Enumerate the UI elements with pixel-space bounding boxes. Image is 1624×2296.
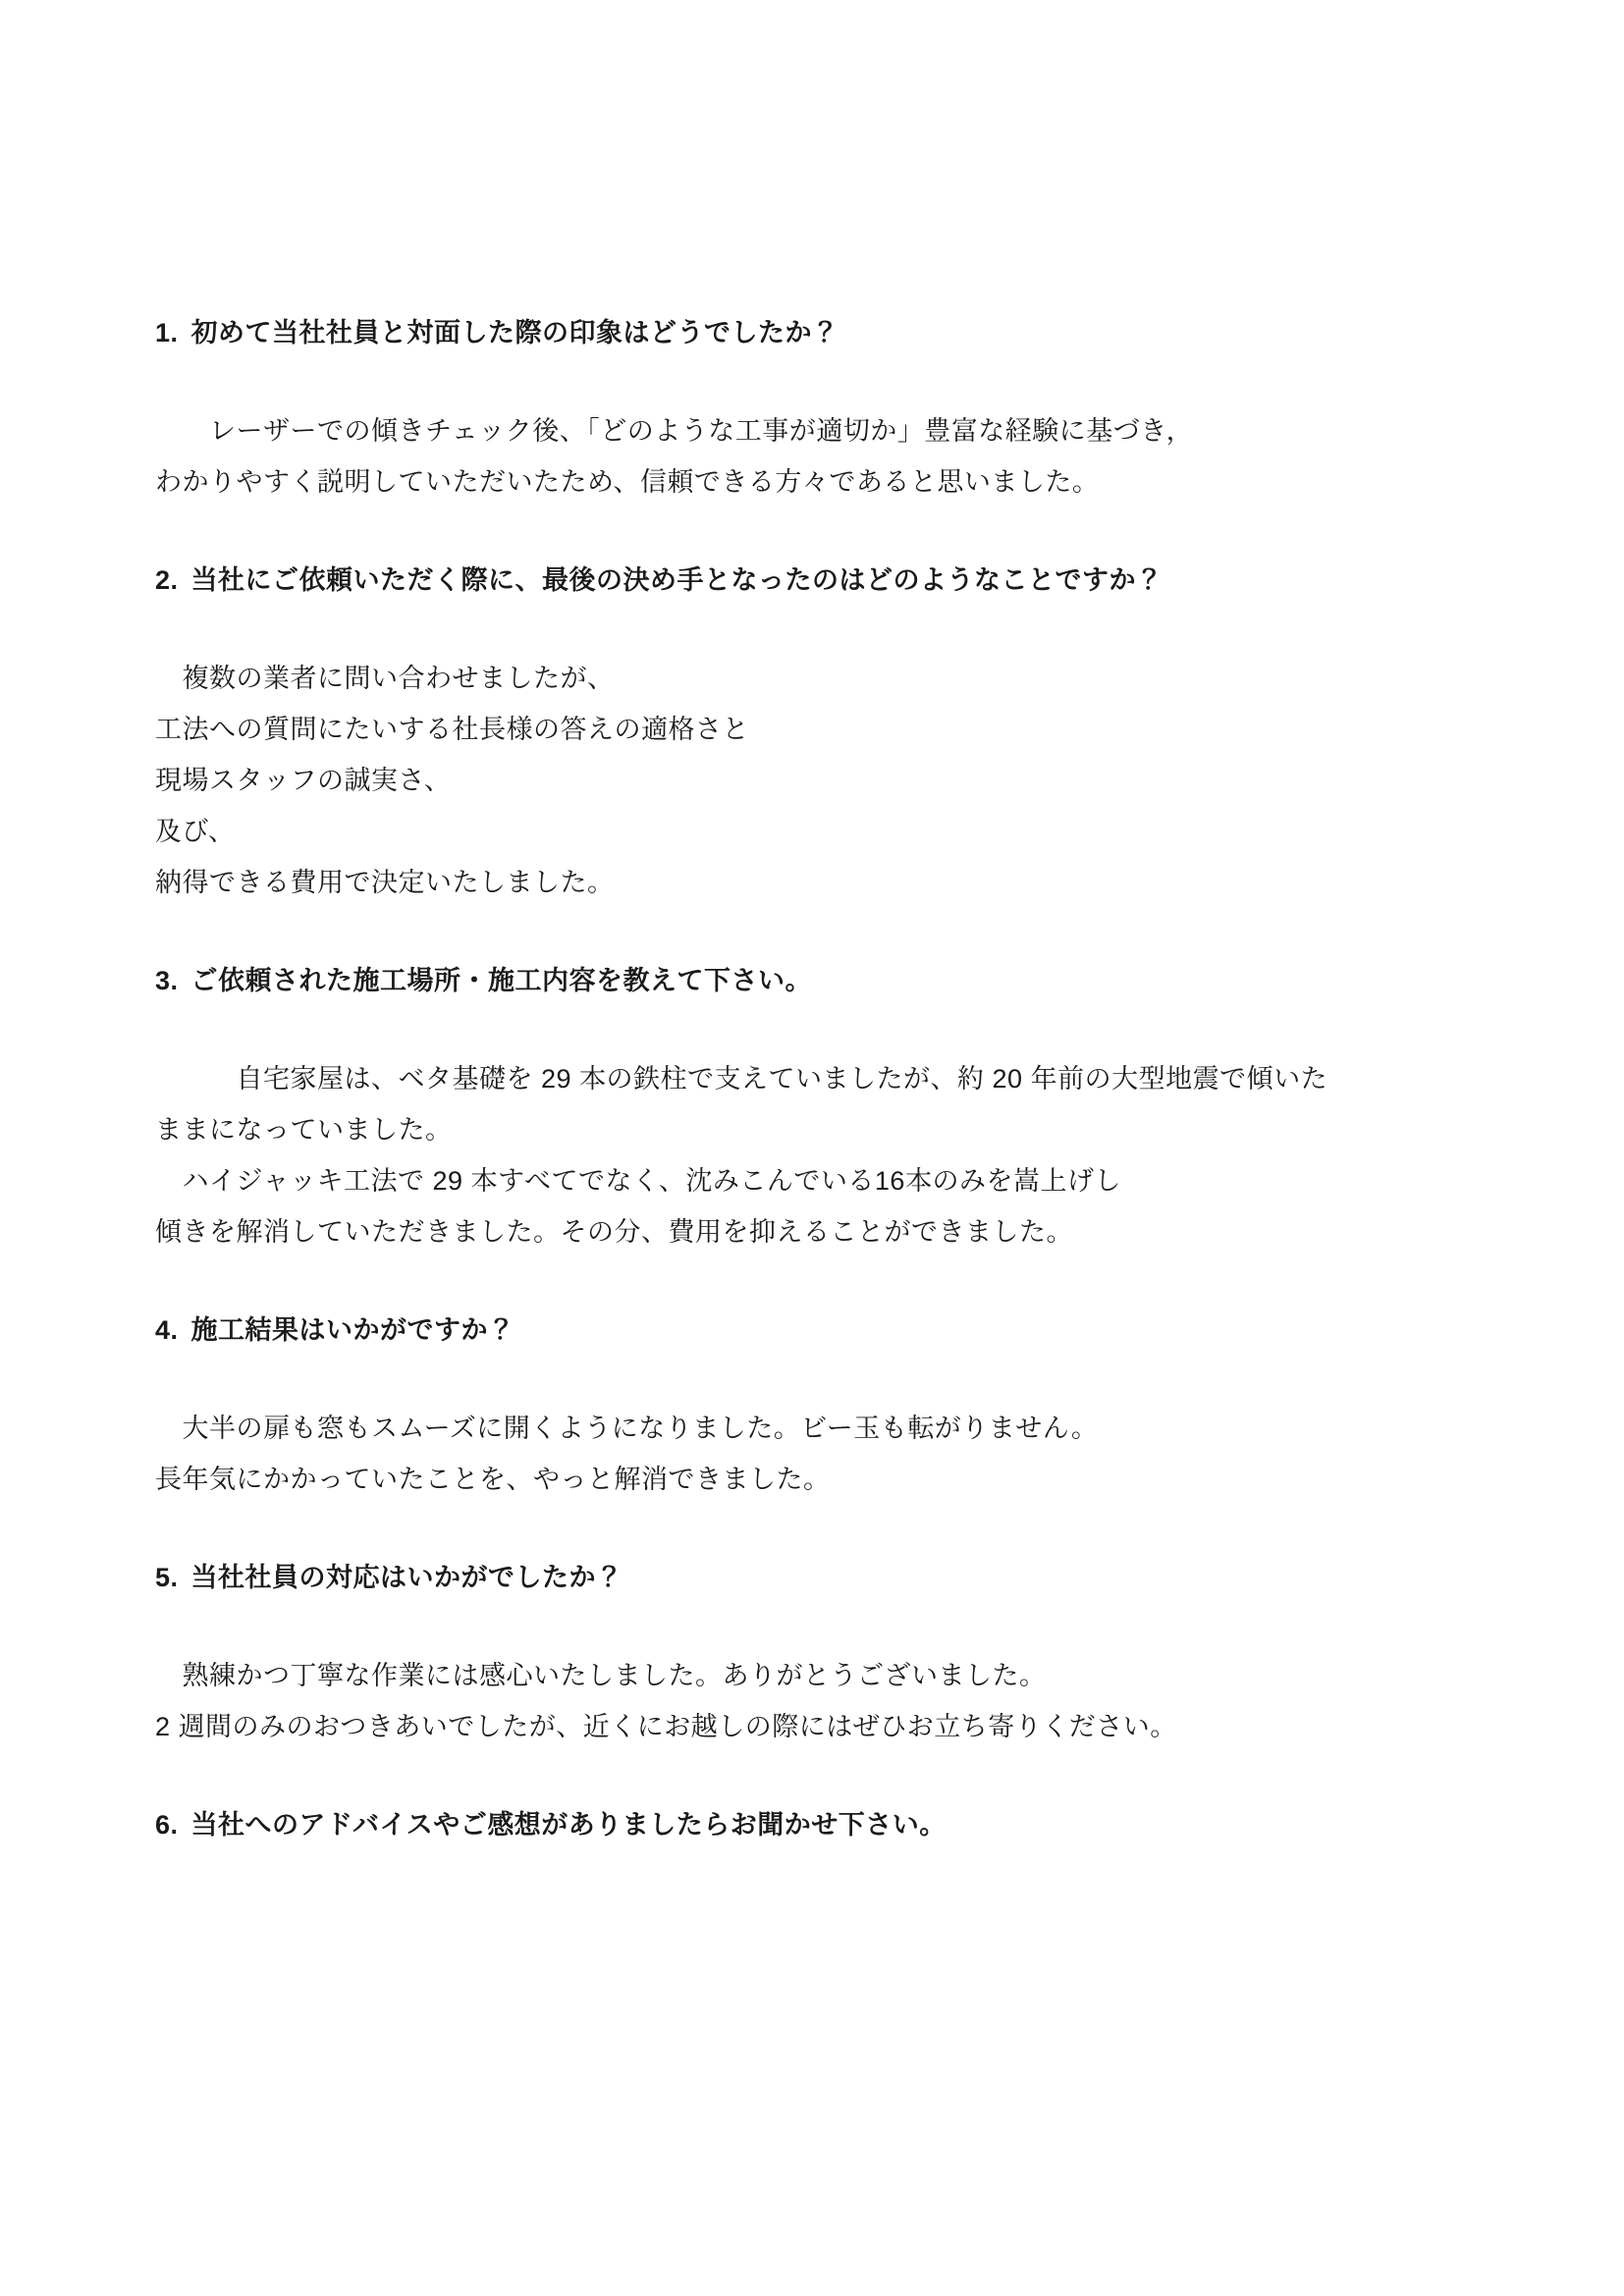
- answer-line: 長年気にかかっていたことを、やっと解消できました。: [155, 1454, 1477, 1505]
- survey-document-page: 1.初めて当社社員と対面した際の印象はどうでしたか？ レーザーでの傾きチェック後…: [0, 0, 1624, 2296]
- answer-line: 2 週間のみのおつきあいでしたが、近くにお越しの際にはぜひお立ち寄りください。: [155, 1701, 1477, 1752]
- answer: 自宅家屋は、ベタ基礎を 29 本の鉄柱で支えていましたが、約 20 年前の大型地…: [155, 1053, 1477, 1257]
- question-number: 6.: [155, 1799, 179, 1850]
- question-text: 当社社員の対応はいかがでしたか？: [191, 1563, 623, 1592]
- answer: レーザーでの傾きチェック後、「どのような工事が適切か」豊富な経験に基づき，わかり…: [155, 405, 1477, 507]
- question-heading: 6.当社へのアドバイスやご感想がありましたらお聞かせ下さい。: [155, 1799, 1477, 1850]
- qa-item: 1.初めて当社社員と対面した際の印象はどうでしたか？ レーザーでの傾きチェック後…: [155, 307, 1477, 507]
- question-heading: 4.施工結果はいかがですか？: [155, 1305, 1477, 1356]
- qa-item: 3.ご依頼された施工場所・施工内容を教えて下さい。 自宅家屋は、ベタ基礎を 29…: [155, 955, 1477, 1257]
- answer-line: 傾きを解消していただきました。その分、費用を抑えることができました。: [155, 1206, 1477, 1257]
- answer-line: レーザーでの傾きチェック後、「どのような工事が適切か」豊富な経験に基づき，: [155, 405, 1477, 456]
- answer-line: ハイジャッキ工法で 29 本すべてでなく、沈みこんでいる16本のみを嵩上げし: [155, 1155, 1477, 1206]
- answer: 大半の扉も窓もスムーズに開くようになりました。ビー玉も転がりません。長年気にかか…: [155, 1403, 1477, 1505]
- qa-item: 4.施工結果はいかがですか？ 大半の扉も窓もスムーズに開くようになりました。ビー…: [155, 1305, 1477, 1505]
- answer-line: 現場スタッフの誠実さ、: [155, 755, 1477, 806]
- answer-line: ままになっていました。: [155, 1104, 1477, 1155]
- answer-line: 及び、: [155, 806, 1477, 857]
- question-heading: 3.ご依頼された施工場所・施工内容を教えて下さい。: [155, 955, 1477, 1006]
- question-number: 2.: [155, 555, 179, 606]
- question-number: 3.: [155, 955, 179, 1006]
- qa-item: 2.当社にご依頼いただく際に、最後の決め手となったのはどのようなことですか？ 複…: [155, 555, 1477, 908]
- answer-line: 納得できる費用で決定いたしました。: [155, 857, 1477, 908]
- question-text: 初めて当社社員と対面した際の印象はどうでしたか？: [191, 318, 839, 347]
- question-text: ご依頼された施工場所・施工内容を教えて下さい。: [191, 966, 813, 995]
- question-number: 4.: [155, 1305, 179, 1356]
- question-text: 当社にご依頼いただく際に、最後の決め手となったのはどのようなことですか？: [191, 565, 1164, 595]
- question-heading: 2.当社にご依頼いただく際に、最後の決め手となったのはどのようなことですか？: [155, 555, 1477, 606]
- answer-line: 工法への質問にたいする社長様の答えの適格さと: [155, 704, 1477, 755]
- question-number: 5.: [155, 1552, 179, 1603]
- answer-line: 複数の業者に問い合わせましたが、: [155, 653, 1477, 704]
- answer-line: 熟練かつ丁寧な作業には感心いたしました。ありがとうございました。: [155, 1650, 1477, 1701]
- answer-line: わかりやすく説明していただいたため、信頼できる方々であると思いました。: [155, 456, 1477, 507]
- question-heading: 5.当社社員の対応はいかがでしたか？: [155, 1552, 1477, 1603]
- question-heading: 1.初めて当社社員と対面した際の印象はどうでしたか？: [155, 307, 1477, 358]
- question-text: 当社へのアドバイスやご感想がありましたらお聞かせ下さい。: [191, 1810, 947, 1840]
- qa-item: 6.当社へのアドバイスやご感想がありましたらお聞かせ下さい。: [155, 1799, 1477, 1850]
- answer: 熟練かつ丁寧な作業には感心いたしました。ありがとうございました。2 週間のみのお…: [155, 1650, 1477, 1752]
- qa-item: 5.当社社員の対応はいかがでしたか？ 熟練かつ丁寧な作業には感心いたしました。あ…: [155, 1552, 1477, 1752]
- answer-line: 大半の扉も窓もスムーズに開くようになりました。ビー玉も転がりません。: [155, 1403, 1477, 1454]
- answer-line: 自宅家屋は、ベタ基礎を 29 本の鉄柱で支えていましたが、約 20 年前の大型地…: [155, 1053, 1477, 1104]
- question-number: 1.: [155, 307, 179, 358]
- question-text: 施工結果はいかがですか？: [191, 1315, 515, 1345]
- answer: 複数の業者に問い合わせましたが、工法への質問にたいする社長様の答えの適格さと現場…: [155, 653, 1477, 908]
